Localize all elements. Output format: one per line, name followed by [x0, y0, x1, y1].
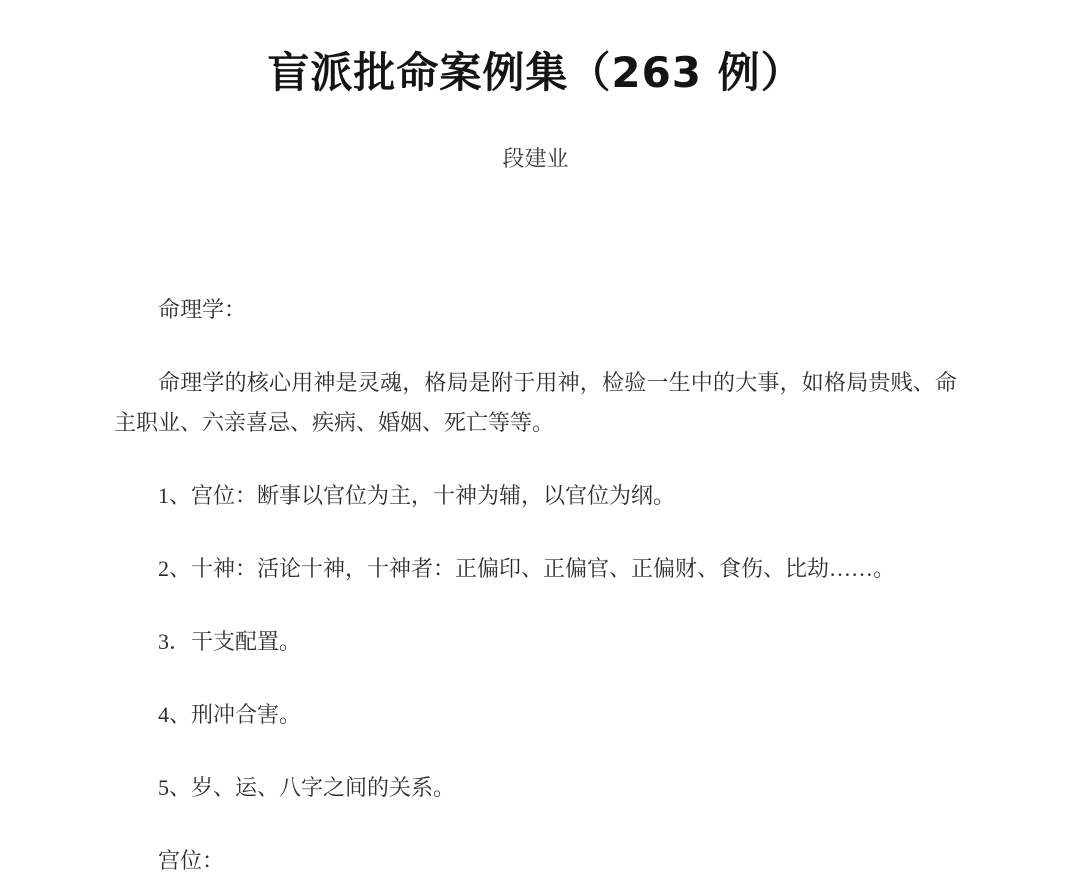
- intro-paragraph: 命理学的核心用神是灵魂，格局是附于用神，检验一生中的大事，如格局贵贱、命主职业、…: [114, 363, 957, 443]
- list-item-4-xingchonghehai: 4、刑冲合害。: [114, 695, 957, 735]
- list-item-5-suiyunbazi: 5、岁、运、八字之间的关系。: [114, 768, 957, 808]
- section-label-minglixue: 命理学：: [114, 290, 957, 330]
- list-item-1-gongwei: 1、宫位：断事以官位为主，十神为辅，以官位为纲。: [114, 476, 957, 516]
- list-item-3-ganzhi: 3．干支配置。: [114, 622, 957, 662]
- list-item-2-shishen: 2、十神：活论十神，十神者：正偏印、正偏官、正偏财、食伤、比劫……。: [114, 549, 957, 589]
- document-title: 盲派批命案例集（263 例）: [0, 0, 1071, 94]
- document-page: 盲派批命案例集（263 例） 段建业 命理学： 命理学的核心用神是灵魂，格局是附…: [0, 0, 1071, 886]
- section-label-gongwei: 宫位：: [114, 841, 957, 881]
- document-author: 段建业: [0, 148, 1071, 170]
- document-body: 命理学： 命理学的核心用神是灵魂，格局是附于用神，检验一生中的大事，如格局贵贱、…: [0, 290, 1071, 881]
